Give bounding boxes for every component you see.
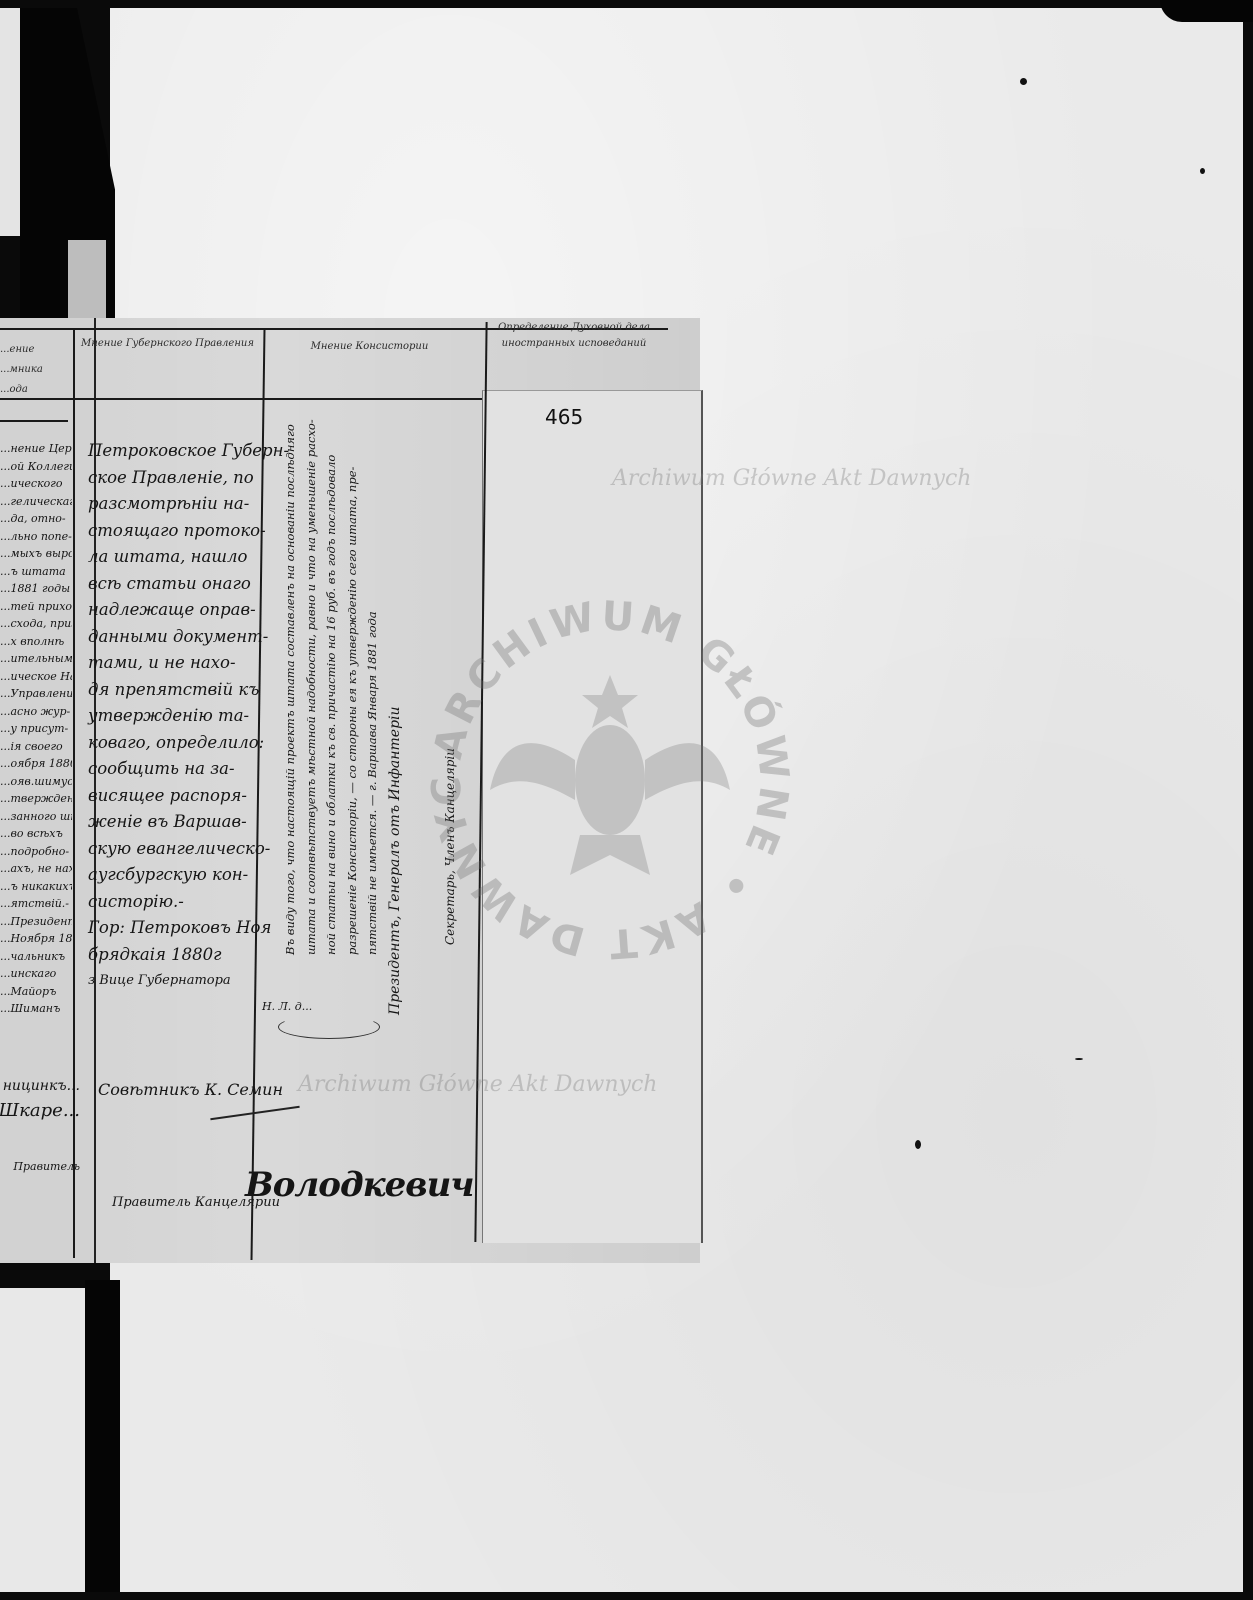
text-line: Петроковское Губерн-	[88, 438, 258, 465]
column-header-label: Мнение Консистории	[311, 341, 429, 352]
text-line: ...асно жур-	[0, 703, 72, 721]
wolodkiewicz-signature: Володкевич	[245, 1165, 474, 1205]
signature-text: Правитель	[13, 1160, 80, 1173]
text-line: ское Правленіе, по	[88, 465, 258, 492]
text-line: ...занного шта	[0, 808, 72, 826]
text-line: ...ояв.шимуся,	[0, 773, 72, 791]
dust-speck	[1075, 1058, 1083, 1060]
initials-mark: Н. Л. д...	[262, 1000, 312, 1013]
left-fragment-signature-1: ...ницинкъ	[0, 1078, 80, 1094]
text-line: ...инскаго	[0, 965, 72, 983]
text-line: ...мыхъ выро	[0, 545, 72, 563]
page-number-text: 465	[545, 405, 583, 429]
text-line: разрешеніе Консисторіи, — со стороны ея …	[342, 395, 363, 955]
text-line: ...ительными.	[0, 650, 72, 668]
text-line: брядкаія 1880г	[88, 942, 258, 969]
text-line: данными документ-	[88, 624, 258, 651]
text-line: ...Президентъ	[0, 913, 72, 931]
initials-flourish	[278, 1015, 380, 1039]
adjacent-page-strip-bottom	[0, 1288, 90, 1592]
left-fragment-text: ...нение Цер- ...ой Коллегии ...ического…	[0, 440, 72, 1018]
text-line: ...да, отно-	[0, 510, 72, 528]
text-line: ...ического	[0, 475, 72, 493]
text-line: ...во всѣхъ	[0, 825, 72, 843]
text-line: штата и соотвѣтствуетъ мѣстной надобност…	[301, 395, 322, 955]
left-header-line: ...мника	[0, 360, 66, 380]
scan-corner-shadow	[1160, 0, 1253, 22]
signature-text: Совѣтникъ К. Семин	[98, 1080, 283, 1099]
binding-gap	[85, 1280, 120, 1592]
watermark-label: Archiwum Główne Akt Dawnych	[298, 1072, 657, 1097]
left-header-divider	[0, 420, 68, 422]
text-line: ...чальникъ	[0, 948, 72, 966]
left-fragment-header: ...ение ...мника ...ода	[0, 340, 66, 400]
text-line: утвержденію та-	[88, 703, 258, 730]
text-line: ...Шиманъ	[0, 1000, 72, 1018]
gubernia-opinion-text: Петроковское Губерн- ское Правленіе, по …	[88, 438, 258, 995]
signature-text: ...Шкаре	[0, 1100, 80, 1121]
text-line: женіе въ Варшав-	[88, 809, 258, 836]
text-line: ...у присут-	[0, 720, 72, 738]
text-line: ...1881 годы	[0, 580, 72, 598]
left-header-line: ...ода	[0, 380, 66, 400]
column-header-determination: Определение Духовной дела иностранных ис…	[484, 320, 664, 352]
column-header-gubernia: Мнение Губернского Правления	[80, 335, 255, 353]
text-line: разсмотрѣніи на-	[88, 491, 258, 518]
eagle-seal-icon: ARCHIWUM GŁÓWNE • AKT DAWNYCH •	[420, 590, 800, 970]
text-line: ...Управление	[0, 685, 72, 703]
text-line: Въ виду того, что настоящій проектъ штат…	[280, 395, 301, 955]
text-line: стоящаго протоко-	[88, 518, 258, 545]
text-line: пятствій не имѣется. — г. Варшава Января…	[362, 395, 383, 955]
text-line: надлежаще оправ-	[88, 597, 258, 624]
text-line: з Вице Губернатора	[88, 968, 258, 995]
left-fragment-signature-2: ...Шкаре	[0, 1100, 80, 1121]
text-line: скую евангелическо-	[88, 836, 258, 863]
text-line: систорію.-	[88, 889, 258, 916]
watermark-text-bottom: Archiwum Główne Akt Dawnych	[298, 1072, 657, 1097]
signature-text: Володкевич	[245, 1165, 474, 1205]
watermark-text-top: Archiwum Główne Akt Dawnych	[612, 466, 971, 491]
text-line: ...нение Цер-	[0, 440, 72, 458]
text-line: ...ахъ, не нахо	[0, 860, 72, 878]
dust-speck	[1020, 78, 1027, 85]
text-line: ...ъ никакихъ	[0, 878, 72, 896]
dust-speck	[915, 1140, 921, 1149]
text-line: сообщить на за-	[88, 756, 258, 783]
text-line: всѣ статьи онаго	[88, 571, 258, 598]
signature-text: ...ницинкъ	[3, 1078, 80, 1094]
dust-speck	[1200, 168, 1205, 174]
text-line: Гор: Петроковъ Ноя	[88, 915, 258, 942]
text-line: ...ъ штата	[0, 563, 72, 581]
text-line: ...льно попе-	[0, 528, 72, 546]
archive-seal-watermark: ARCHIWUM GŁÓWNE • AKT DAWNYCH •	[420, 590, 800, 970]
text-line: тами, и не нахо-	[88, 650, 258, 677]
column-header-label: Определение Духовной дела иностранных ис…	[498, 322, 650, 349]
left-fragment-signature-3: Правитель	[0, 1160, 80, 1173]
text-line: ...оября 1880г.	[0, 755, 72, 773]
text-line: ла штата, нашло	[88, 544, 258, 571]
text-line: дя препятствій къ	[88, 677, 258, 704]
left-header-line: ...ение	[0, 340, 66, 360]
text-line: ...ятствій.-	[0, 895, 72, 913]
page-number: 465	[545, 405, 583, 429]
text-line: ...твержденію	[0, 790, 72, 808]
watermark-label: Archiwum Główne Akt Dawnych	[612, 466, 971, 491]
text-line: ...ой Коллегии	[0, 458, 72, 476]
text-line: аугсбургскую кон-	[88, 862, 258, 889]
column-header-consistory: Мнение Консистории	[262, 338, 477, 356]
text-line: ...х вполнѣ	[0, 633, 72, 651]
initials-text: Н. Л. д...	[262, 1000, 312, 1013]
text-line: коваго, определило:	[88, 730, 258, 757]
text-line: ...ическое Над-	[0, 668, 72, 686]
column-header-label: Мнение Губернского Правления	[81, 338, 254, 349]
text-line: ...Ноября 1880г.	[0, 930, 72, 948]
text-line: ...ія своего	[0, 738, 72, 756]
text-line: ...гелическаго	[0, 493, 72, 511]
text-line: ...схода, приз-	[0, 615, 72, 633]
text-line: ...Майоръ	[0, 983, 72, 1001]
text-line: ...подробно-	[0, 843, 72, 861]
president-signature-line: Президентъ, Генералъ отъ Инфантеріи	[385, 495, 406, 1015]
consistory-opinion-text: Въ виду того, что настоящій проектъ штат…	[280, 395, 383, 955]
text-line: висящее распоря-	[88, 783, 258, 810]
councillor-signature: Совѣтникъ К. Семин	[98, 1080, 283, 1099]
signature-text: Президентъ, Генералъ отъ Инфантеріи	[387, 706, 403, 1015]
text-line: ной статьи на вино и облатки къ св. прич…	[321, 395, 342, 955]
text-line: ...тей прихода	[0, 598, 72, 616]
